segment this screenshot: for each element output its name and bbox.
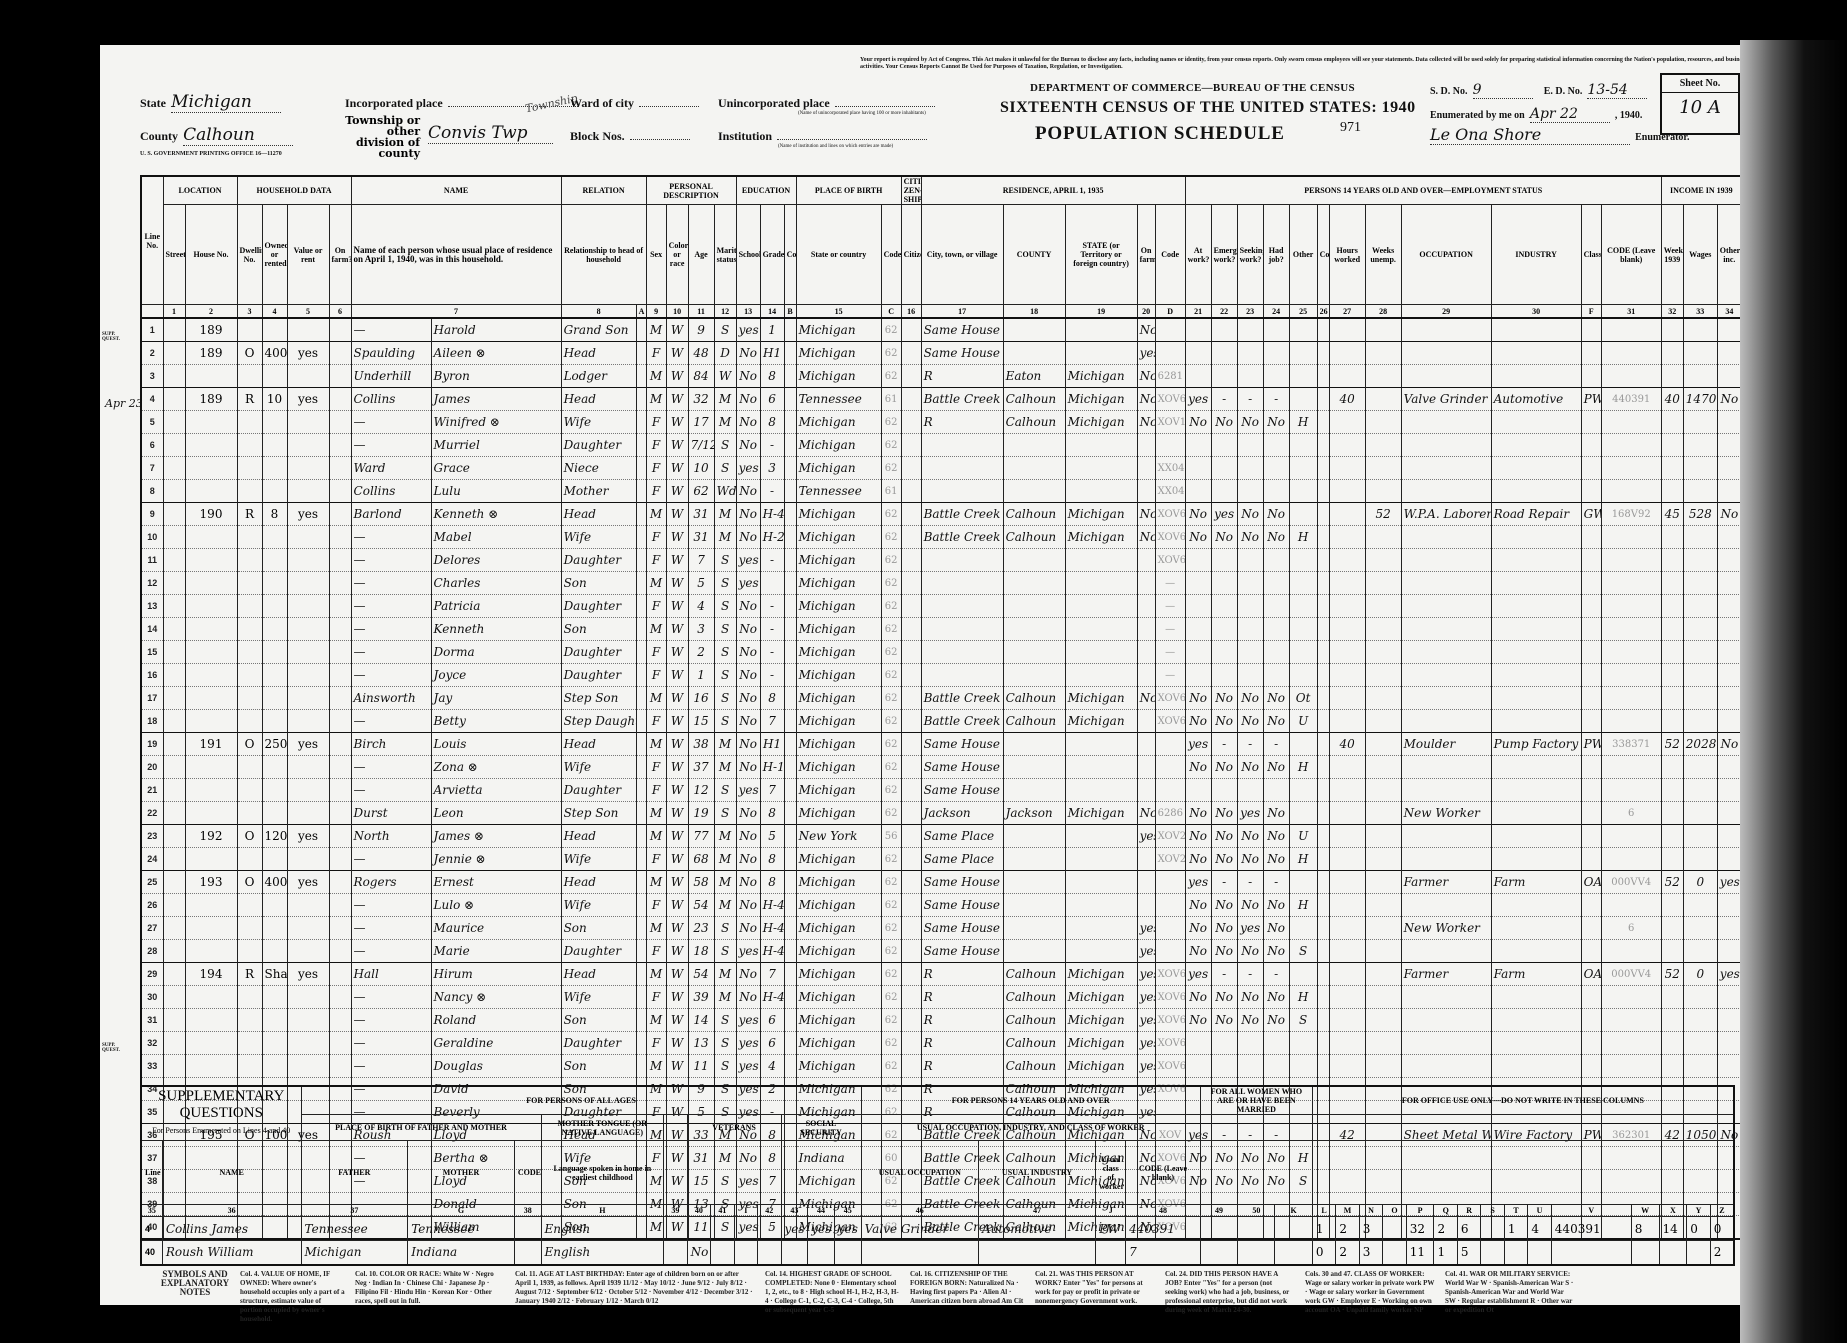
emergency-work: yes — [1211, 503, 1237, 526]
class-of-worker — [1581, 411, 1601, 434]
weeks-unemployed — [1365, 917, 1401, 940]
hours-worked — [1329, 503, 1365, 526]
race: W — [666, 848, 688, 871]
other-status — [1289, 503, 1317, 526]
citizenship — [901, 871, 921, 894]
weeks-unemployed — [1365, 756, 1401, 779]
dwelling-number — [185, 434, 237, 457]
home-value: 10 — [262, 388, 287, 411]
edu-code — [784, 549, 796, 572]
note-col24: Col. 24. DID THIS PERSON HAVE A JOB? Ent… — [1165, 1270, 1295, 1315]
res-farm — [1137, 641, 1155, 664]
hours-worked — [1329, 802, 1365, 825]
occ-code — [1601, 618, 1661, 641]
at-work: No — [1185, 710, 1211, 733]
line-number: 29 — [141, 963, 163, 986]
sex: F — [646, 710, 666, 733]
res-county — [1003, 825, 1065, 848]
relation: Son — [561, 572, 636, 595]
weeks-worked-1939 — [1661, 1009, 1683, 1032]
tenure: O — [237, 825, 262, 848]
home-value: 4000 — [262, 342, 287, 365]
status-code — [1317, 641, 1329, 664]
at-work — [1185, 365, 1211, 388]
home-value — [262, 318, 287, 342]
on-farm — [287, 572, 329, 595]
occ-code — [1601, 1032, 1661, 1055]
at-work — [1185, 480, 1211, 503]
census-row: 17AinsworthJayStep SonMW16SNo8Michigan62… — [141, 687, 1777, 710]
line-number: 10 — [141, 526, 163, 549]
res-county — [1003, 618, 1065, 641]
res-county: Calhoun — [1003, 503, 1065, 526]
birthplace: Michigan — [796, 572, 881, 595]
weeks-worked-1939 — [1661, 342, 1683, 365]
birth-code: 56 — [881, 825, 901, 848]
birthplace: Michigan — [796, 618, 881, 641]
status-code — [1317, 457, 1329, 480]
industry — [1491, 894, 1581, 917]
head-industry: INDUSTRY — [1491, 205, 1581, 305]
emergency-work — [1211, 641, 1237, 664]
relation-code — [636, 457, 646, 480]
marital-status: S — [714, 1032, 736, 1055]
res-county: Calhoun — [1003, 411, 1065, 434]
res-code: XOV6 — [1155, 1055, 1185, 1078]
hours-worked — [1329, 595, 1365, 618]
edu-code — [784, 480, 796, 503]
supp-column-number: 47 — [978, 1205, 1095, 1217]
res-county — [1003, 480, 1065, 503]
on-farm — [287, 318, 329, 342]
age: 9 — [688, 318, 714, 342]
supp-m: 3 — [1359, 1241, 1382, 1265]
res-city: Same House — [921, 940, 1003, 963]
home-value — [262, 434, 287, 457]
had-job — [1263, 365, 1289, 388]
surname: — — [351, 526, 431, 549]
citizenship — [901, 664, 921, 687]
res-city — [921, 595, 1003, 618]
supp-blank — [1481, 1217, 1504, 1241]
supp-over14: FOR PERSONS 14 YEARS OLD AND OVER — [861, 1086, 1200, 1115]
res-farm: No — [1137, 687, 1155, 710]
grade: 8 — [760, 365, 784, 388]
supp-marker-40: SUPP. QUEST. — [102, 1043, 124, 1053]
line-number: 27 — [141, 917, 163, 940]
birthplace: Michigan — [796, 664, 881, 687]
relation: Mother — [561, 480, 636, 503]
street — [163, 779, 185, 802]
home-value — [262, 1009, 287, 1032]
sex: F — [646, 434, 666, 457]
res-county — [1003, 894, 1065, 917]
on-farm: yes — [287, 503, 329, 526]
grade: 7 — [760, 779, 784, 802]
occupation — [1401, 687, 1491, 710]
race: W — [666, 802, 688, 825]
grade: - — [760, 618, 784, 641]
sd-field: S. D. No. 9 E. D. No. 13-54 — [1430, 79, 1647, 99]
supp-column-number: 40 — [687, 1205, 710, 1217]
supp-k: 1 — [1312, 1217, 1335, 1241]
birth-code: 62 — [881, 963, 901, 986]
tenure — [237, 595, 262, 618]
citizenship — [901, 388, 921, 411]
sex: F — [646, 595, 666, 618]
birthplace: Tennessee — [796, 388, 881, 411]
edu-code — [784, 411, 796, 434]
birth-code: 62 — [881, 503, 901, 526]
column-number: 33 — [1683, 305, 1717, 319]
column-number: F — [1581, 305, 1601, 319]
emergency-work — [1211, 434, 1237, 457]
res-code — [1155, 779, 1185, 802]
hours-worked — [1329, 825, 1365, 848]
blank — [329, 848, 351, 871]
home-value — [262, 1032, 287, 1055]
column-number: 15 — [796, 305, 881, 319]
home-value: 1200 — [262, 825, 287, 848]
census-row: 6—MurrielDaughterFW7/12SNo-Michigan626 — [141, 434, 1777, 457]
race: W — [666, 318, 688, 342]
birth-code: 62 — [881, 595, 901, 618]
relation-code — [636, 1055, 646, 1078]
other-status: H — [1289, 894, 1317, 917]
class-of-worker — [1581, 618, 1601, 641]
birthplace: Michigan — [796, 318, 881, 342]
at-work: No — [1185, 756, 1211, 779]
tenure: R — [237, 503, 262, 526]
res-county — [1003, 917, 1065, 940]
relation-code — [636, 595, 646, 618]
status-code — [1317, 549, 1329, 572]
grade: 8 — [760, 802, 784, 825]
birth-code: 62 — [881, 779, 901, 802]
industry: Road Repair — [1491, 503, 1581, 526]
had-job: - — [1263, 733, 1289, 756]
supp-column-number: 46 — [861, 1205, 978, 1217]
relation-code — [636, 687, 646, 710]
state-value: Michigan — [171, 92, 281, 113]
tenure — [237, 618, 262, 641]
supp-column-number: 43 — [781, 1205, 808, 1217]
line-number: 7 — [141, 457, 163, 480]
seeking-work: - — [1237, 733, 1263, 756]
occupation — [1401, 526, 1491, 549]
sex: M — [646, 318, 666, 342]
supp-v — [1631, 1241, 1659, 1265]
census-row: 8CollinsLuluMotherFW62WdNo-Tennessee61XX… — [141, 480, 1777, 503]
res-city: Battle Creek — [921, 687, 1003, 710]
supp-usual_occ — [861, 1241, 978, 1265]
on-farm: yes — [287, 963, 329, 986]
other-income — [1717, 434, 1741, 457]
status-code — [1317, 318, 1329, 342]
occupation — [1401, 1009, 1491, 1032]
relation: Daughter — [561, 595, 636, 618]
weeks-unemployed — [1365, 894, 1401, 917]
industry: Farm — [1491, 963, 1581, 986]
marital-status: M — [714, 871, 736, 894]
occ-code — [1601, 710, 1661, 733]
birthplace: Michigan — [796, 1009, 881, 1032]
class-of-worker — [1581, 687, 1601, 710]
status-code — [1317, 342, 1329, 365]
hours-worked — [1329, 756, 1365, 779]
occupation — [1401, 779, 1491, 802]
weeks-worked-1939: 45 — [1661, 503, 1683, 526]
group-education: EDUCATION — [736, 176, 796, 205]
birth-code: 62 — [881, 917, 901, 940]
birthplace: Michigan — [796, 848, 881, 871]
relation: Wife — [561, 411, 636, 434]
weeks-unemployed — [1365, 871, 1401, 894]
seeking-work — [1237, 318, 1263, 342]
grade: 1 — [760, 318, 784, 342]
column-number: 27 — [1329, 305, 1365, 319]
status-code — [1317, 848, 1329, 871]
on-farm — [287, 618, 329, 641]
res-city: Same House — [921, 733, 1003, 756]
citizenship — [901, 411, 921, 434]
supp-column-number: I — [734, 1205, 757, 1217]
other-income — [1717, 894, 1741, 917]
blank — [329, 365, 351, 388]
line-number: 32 — [141, 1032, 163, 1055]
other-status — [1289, 572, 1317, 595]
relation: Head — [561, 871, 636, 894]
status-code — [1317, 894, 1329, 917]
home-value — [262, 411, 287, 434]
column-number: 10 — [666, 305, 688, 319]
seeking-work — [1237, 342, 1263, 365]
relation: Daughter — [561, 664, 636, 687]
on-farm — [287, 664, 329, 687]
supp-u: 440391 — [1551, 1217, 1631, 1241]
relation-code — [636, 894, 646, 917]
column-number: 20 — [1137, 305, 1155, 319]
tenure: O — [237, 871, 262, 894]
at-work — [1185, 595, 1211, 618]
surname: — — [351, 641, 431, 664]
res-code: 6281 — [1155, 365, 1185, 388]
birthplace: Michigan — [796, 756, 881, 779]
street — [163, 802, 185, 825]
marital-status: M — [714, 894, 736, 917]
on-farm: yes — [287, 871, 329, 894]
res-code — [1155, 318, 1185, 342]
given-name: Delores — [431, 549, 561, 572]
occ-code — [1601, 687, 1661, 710]
weeks-unemployed — [1365, 526, 1401, 549]
column-number: 6 — [329, 305, 351, 319]
dwelling-number — [185, 457, 237, 480]
hours-worked — [1329, 365, 1365, 388]
marital-status: S — [714, 434, 736, 457]
weeks-worked-1939 — [1661, 940, 1683, 963]
blank — [329, 1032, 351, 1055]
supp-name: Collins James — [162, 1217, 301, 1241]
wages-1939 — [1683, 1055, 1717, 1078]
citizenship — [901, 1032, 921, 1055]
wages-1939 — [1683, 1009, 1717, 1032]
grade: 8 — [760, 871, 784, 894]
occupation — [1401, 618, 1491, 641]
citizenship — [901, 779, 921, 802]
given-name: Byron — [431, 365, 561, 388]
status-code — [1317, 986, 1329, 1009]
seeking-work: No — [1237, 986, 1263, 1009]
on-farm — [287, 710, 329, 733]
on-farm — [287, 779, 329, 802]
res-code — [1155, 871, 1185, 894]
occupation — [1401, 664, 1491, 687]
given-name: Joyce — [431, 664, 561, 687]
surname: Ainsworth — [351, 687, 431, 710]
race: W — [666, 664, 688, 687]
wages-1939: 1470 — [1683, 388, 1717, 411]
weeks-unemployed — [1365, 457, 1401, 480]
marital-status: S — [714, 940, 736, 963]
birthplace: Michigan — [796, 710, 881, 733]
occ-code — [1601, 940, 1661, 963]
supp-column-number: G — [408, 1205, 515, 1217]
weeks-worked-1939: 52 — [1661, 963, 1683, 986]
wages-1939 — [1683, 848, 1717, 871]
class-of-worker — [1581, 894, 1601, 917]
column-number: A — [636, 305, 646, 319]
res-farm: yes — [1137, 963, 1155, 986]
hours-worked — [1329, 434, 1365, 457]
wages-1939 — [1683, 940, 1717, 963]
tenure — [237, 526, 262, 549]
weeks-unemployed — [1365, 388, 1401, 411]
res-state — [1065, 664, 1137, 687]
birthplace: Michigan — [796, 411, 881, 434]
census-row: 2189O4000yesSpauldingAileen ⊗HeadFW48DNo… — [141, 342, 1777, 365]
school-attendance: No — [736, 342, 760, 365]
blank — [329, 802, 351, 825]
age: 77 — [688, 825, 714, 848]
other-income: No — [1717, 503, 1741, 526]
marital-status: S — [714, 1009, 736, 1032]
res-state: Michigan — [1065, 526, 1137, 549]
census-row: 9190R8yesBarlondKenneth ⊗HeadMW31MNoH-4M… — [141, 503, 1777, 526]
unincorporated-field: Unincorporated place (Name of unincorpor… — [718, 92, 935, 116]
marital-status: S — [714, 618, 736, 641]
res-state — [1065, 618, 1137, 641]
census-row: 21—ArviettaDaughterFW12Syes7Michigan62Sa… — [141, 779, 1777, 802]
hours-worked — [1329, 687, 1365, 710]
marital-status: M — [714, 733, 736, 756]
tenure — [237, 549, 262, 572]
relation-code — [636, 572, 646, 595]
status-code — [1317, 917, 1329, 940]
supp-mother: Tennessee — [408, 1217, 515, 1241]
industry — [1491, 802, 1581, 825]
weeks-unemployed — [1365, 848, 1401, 871]
other-status: U — [1289, 825, 1317, 848]
relation-code — [636, 411, 646, 434]
supp-column-number: T — [1504, 1205, 1527, 1217]
street — [163, 503, 185, 526]
column-number: 22 — [1211, 305, 1237, 319]
blank — [329, 503, 351, 526]
supp-blank — [1275, 1241, 1312, 1265]
surname: — — [351, 848, 431, 871]
emergency-work: No — [1211, 894, 1237, 917]
column-number: 7 — [351, 305, 561, 319]
res-farm: yes — [1137, 1009, 1155, 1032]
on-farm: yes — [287, 733, 329, 756]
school-attendance: No — [736, 595, 760, 618]
supp-title: SUPPLEMENTARY QUESTIONS — [145, 1088, 298, 1122]
census-row: 7WardGraceNieceFW10Syes3Michigan62XX047 — [141, 457, 1777, 480]
res-city: Battle Creek — [921, 503, 1003, 526]
age: 48 — [688, 342, 714, 365]
printing-office: U. S. GOVERNMENT PRINTING OFFICE 16—1127… — [140, 151, 282, 157]
supp-row: 40Roush WilliamMichiganIndianaEnglishNo7… — [141, 1241, 1734, 1265]
industry — [1491, 526, 1581, 549]
res-county: Calhoun — [1003, 526, 1065, 549]
other-status: H — [1289, 756, 1317, 779]
line-number: 13 — [141, 595, 163, 618]
weeks-unemployed: 52 — [1365, 503, 1401, 526]
dwelling-number — [185, 411, 237, 434]
res-code: XOV6 — [1155, 963, 1185, 986]
blank — [329, 710, 351, 733]
res-code — [1155, 940, 1185, 963]
citizenship — [901, 549, 921, 572]
occ-code — [1601, 318, 1661, 342]
birth-code: 62 — [881, 710, 901, 733]
res-code — [1155, 733, 1185, 756]
status-code — [1317, 388, 1329, 411]
supp-ss3: yes — [834, 1217, 861, 1241]
line-number: 30 — [141, 986, 163, 1009]
class-of-worker — [1581, 457, 1601, 480]
res-code: XOV6 — [1155, 388, 1185, 411]
tenure — [237, 365, 262, 388]
line-number: 14 — [141, 618, 163, 641]
occupation — [1401, 457, 1491, 480]
marital-status: S — [714, 687, 736, 710]
weeks-unemployed — [1365, 963, 1401, 986]
township-label: Township or other division of county — [345, 115, 420, 159]
supp-blank — [711, 1241, 734, 1265]
class-of-worker — [1581, 595, 1601, 618]
weeks-worked-1939 — [1661, 365, 1683, 388]
res-city: Same House — [921, 894, 1003, 917]
relation: Wife — [561, 986, 636, 1009]
school-attendance: No — [736, 733, 760, 756]
industry — [1491, 710, 1581, 733]
res-city — [921, 480, 1003, 503]
surname: — — [351, 779, 431, 802]
had-job: No — [1263, 986, 1289, 1009]
emergency-work: - — [1211, 871, 1237, 894]
census-row: 5—Winifred ⊗WifeFW17MNo8Michigan62RCalho… — [141, 411, 1777, 434]
supp-blank — [664, 1217, 687, 1241]
supp-usual_ind — [978, 1241, 1095, 1265]
race: W — [666, 457, 688, 480]
tenure — [237, 802, 262, 825]
school-attendance: No — [736, 756, 760, 779]
res-farm: No — [1137, 526, 1155, 549]
emergency-work — [1211, 318, 1237, 342]
wages-1939 — [1683, 549, 1717, 572]
